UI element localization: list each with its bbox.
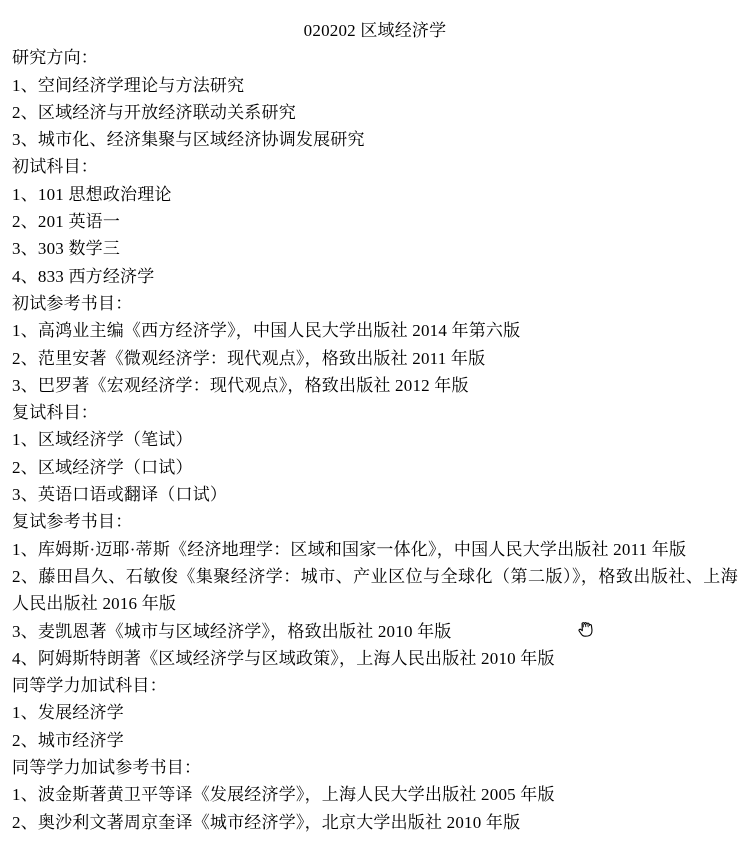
- list-item: 1、发展经济学: [12, 699, 738, 726]
- section-heading-equivalent-degree-references: 同等学力加试参考书目：: [12, 754, 738, 781]
- list-item: 4、833 西方经济学: [12, 263, 738, 290]
- list-item: 3、英语口语或翻译（口试）: [12, 481, 738, 508]
- list-item: 1、高鸿业主编《西方经济学》，中国人民大学出版社 2014 年第六版: [12, 317, 738, 344]
- list-item: 1、区域经济学（笔试）: [12, 426, 738, 453]
- section-heading-research-directions: 研究方向：: [12, 44, 738, 71]
- section-heading-retest-subjects: 复试科目：: [12, 399, 738, 426]
- list-item: 2、奥沙利文著周京奎译《城市经济学》，北京大学出版社 2010 年版: [12, 809, 738, 836]
- document-page: 020202 区域经济学 研究方向： 1、空间经济学理论与方法研究 2、区域经济…: [0, 0, 750, 868]
- list-item: 3、303 数学三: [12, 235, 738, 262]
- list-item: 2、范里安著《微观经济学：现代观点》，格致出版社 2011 年版: [12, 345, 738, 372]
- section-heading-retest-references: 复试参考书目：: [12, 508, 738, 535]
- list-item: 2、藤田昌久、石敏俊《集聚经济学：城市、产业区位与全球化（第二版）》，格致出版社…: [12, 563, 738, 618]
- list-item: 3、巴罗著《宏观经济学：现代观点》，格致出版社 2012 年版: [12, 372, 738, 399]
- list-item: 1、库姆斯·迈耶·蒂斯《经济地理学：区域和国家一体化》，中国人民大学出版社 20…: [12, 536, 738, 563]
- section-heading-equivalent-degree-subjects: 同等学力加试科目：: [12, 672, 738, 699]
- section-heading-initial-exam-references: 初试参考书目：: [12, 290, 738, 317]
- list-item: 2、201 英语一: [12, 208, 738, 235]
- list-item: 3、城市化、经济集聚与区域经济协调发展研究: [12, 126, 738, 153]
- list-item: 4、阿姆斯特朗著《区域经济学与区域政策》，上海人民出版社 2010 年版: [12, 645, 738, 672]
- list-item: 1、空间经济学理论与方法研究: [12, 72, 738, 99]
- page-title: 020202 区域经济学: [12, 17, 738, 44]
- list-item: 3、麦凯恩著《城市与区域经济学》，格致出版社 2010 年版: [12, 618, 738, 645]
- section-heading-initial-exam-subjects: 初试科目：: [12, 153, 738, 180]
- list-item: 2、区域经济学（口试）: [12, 454, 738, 481]
- document-body: 020202 区域经济学 研究方向： 1、空间经济学理论与方法研究 2、区域经济…: [12, 17, 738, 836]
- list-item: 1、波金斯著黄卫平等译《发展经济学》，上海人民大学出版社 2005 年版: [12, 781, 738, 808]
- list-item: 1、101 思想政治理论: [12, 181, 738, 208]
- list-item: 2、城市经济学: [12, 727, 738, 754]
- list-item: 2、区域经济与开放经济联动关系研究: [12, 99, 738, 126]
